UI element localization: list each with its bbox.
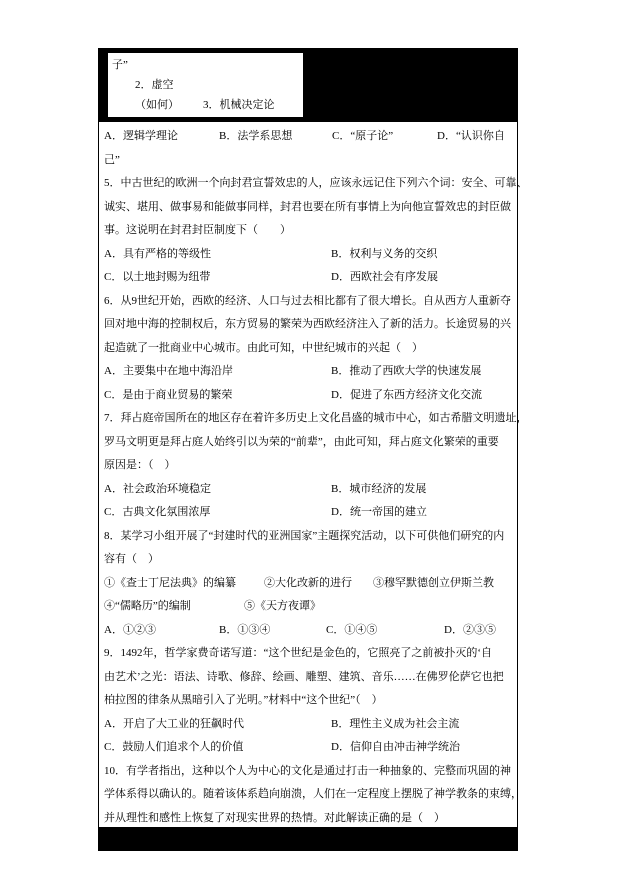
text-line: 容有（ ） [104, 548, 513, 572]
text-line: 事。这说明在封君封臣制度下（ ） [104, 219, 513, 243]
text-cell: 容有（ ） [104, 548, 159, 572]
text-cell: 起造就了一批商业中心城市。由此可知，中世纪城市的兴起（ ） [104, 337, 423, 361]
text-cell: ④“儒略历”的编制 [104, 595, 191, 619]
text-cell: C．以土地封赐为纽带 [104, 266, 210, 290]
note-line: 2．虚空 [108, 75, 303, 95]
text-cell: D．②③⑤ [444, 619, 496, 643]
text-line: 柏拉图的律条从黑暗引入了光明。”材料中“这个世纪”（ ） [104, 689, 513, 713]
options-row: A．具有严格的等级性B．权利与义务的交织 [104, 243, 513, 267]
options-row: C．以土地封赐为纽带D．西欧社会有序发展 [104, 266, 513, 290]
text-line: 10．有学者指出，这种以个人为中心的文化是通过打击一种抽象的、完整而巩固的神 [104, 760, 513, 784]
redacted-header-block: 子” 2．虚空 （如何） 3．机械决定论 [98, 48, 518, 122]
redacted-footer-block [98, 827, 518, 851]
options-row: A．逻辑学理论B．法学系思想C．“原子论”D．“认识你自 [104, 125, 513, 149]
text-cell: D．统一帝国的建立 [331, 501, 427, 525]
text-line: 回对地中海的控制权后，东方贸易的繁荣为西欧经济注入了新的活力。长途贸易的兴 [104, 313, 513, 337]
text-cell: ⑤《天方夜谭》 [244, 595, 321, 619]
text-cell: B．理性主义成为社会主流 [331, 713, 459, 737]
options-row: ④“儒略历”的编制⑤《天方夜谭》 [104, 595, 513, 619]
text-line: 罗马文明更是拜占庭人始终引以为荣的“前辈”，由此可知，拜占庭文化繁荣的重要 [104, 431, 513, 455]
options-row: A．开启了大工业的狂飙时代B．理性主义成为社会主流 [104, 713, 513, 737]
text-cell: B．城市经济的发展 [331, 478, 426, 502]
text-cell: 10．有学者指出，这种以个人为中心的文化是通过打击一种抽象的、完整而巩固的神 [104, 760, 511, 784]
note-fragment: 3．机械决定论 [203, 95, 275, 115]
text-cell: C．鼓励人们追求个人的价值 [104, 736, 243, 760]
text-line: 起造就了一批商业中心城市。由此可知，中世纪城市的兴起（ ） [104, 337, 513, 361]
text-line: 己” [104, 149, 513, 173]
options-row: ①《查士丁尼法典》的编纂②大化改新的进行③穆罕默德创立伊斯兰教 [104, 572, 513, 596]
note-line: （如何） 3．机械决定论 [108, 95, 303, 115]
text-cell: 6．从9世纪开始，西欧的经济、人口与过去相比都有了很大增长。自从西方人重新夺 [104, 290, 511, 314]
text-cell: 回对地中海的控制权后，东方贸易的繁荣为西欧经济注入了新的活力。长途贸易的兴 [104, 313, 511, 337]
text-cell: B．权利与义务的交织 [331, 243, 437, 267]
text-cell: D．促进了东西方经济文化交流 [331, 384, 482, 408]
options-row: C．是由于商业贸易的繁荣D．促进了东西方经济文化交流 [104, 384, 513, 408]
text-cell: 己” [104, 149, 120, 173]
text-cell: A．具有严格的等级性 [104, 243, 211, 267]
options-row: C．鼓励人们追求个人的价值D．信仰自由冲击神学统治 [104, 736, 513, 760]
text-line: 8．某学习小组开展了“封建时代的亚洲国家”主题探究活动，以下可供他们研究的内 [104, 525, 513, 549]
options-row: A．社会政治环境稳定B．城市经济的发展 [104, 478, 513, 502]
text-cell: 7．拜占庭帝国所在的地区存在着许多历史上文化昌盛的城市中心，如古希腊文明遗址， [104, 407, 528, 431]
text-cell: 学体系得以确认的。随着该体系趋向崩溃，人们在一定程度上摆脱了神学教条的束缚， [104, 783, 522, 807]
text-cell: 柏拉图的律条从黑暗引入了光明。”材料中“这个世纪”（ ） [104, 689, 383, 713]
note-fragment: （如何） [135, 95, 179, 115]
text-cell: A．逻辑学理论 [104, 125, 178, 149]
text-cell: D．“认识你自 [437, 125, 505, 149]
text-cell: 由艺术’之光：语法、诗歌、修辞、绘画、雕塑、建筑、音乐……在佛罗伦萨它也把 [104, 666, 504, 690]
text-line: 7．拜占庭帝国所在的地区存在着许多历史上文化昌盛的城市中心，如古希腊文明遗址， [104, 407, 513, 431]
text-line: 学体系得以确认的。随着该体系趋向崩溃，人们在一定程度上摆脱了神学教条的束缚， [104, 783, 513, 807]
text-cell: C．是由于商业贸易的繁荣 [104, 384, 232, 408]
text-line: 6．从9世纪开始，西欧的经济、人口与过去相比都有了很大增长。自从西方人重新夺 [104, 290, 513, 314]
question-text-area: A．逻辑学理论B．法学系思想C．“原子论”D．“认识你自己”5．中古世纪的欧洲一… [98, 122, 518, 827]
options-row: A．①②③B．①③④C．①④⑤D．②③⑤ [104, 619, 513, 643]
text-cell: A．社会政治环境稳定 [104, 478, 211, 502]
text-cell: D．西欧社会有序发展 [331, 266, 438, 290]
text-cell: 罗马文明更是拜占庭人始终引以为荣的“前辈”，由此可知，拜占庭文化繁荣的重要 [104, 431, 499, 455]
text-cell: D．信仰自由冲击神学统治 [331, 736, 460, 760]
text-cell: C．“原子论” [332, 125, 393, 149]
answer-notes-box: 子” 2．虚空 （如何） 3．机械决定论 [108, 53, 303, 117]
text-cell: A．①②③ [104, 619, 156, 643]
options-row: C．古典文化氛围浓厚D．统一帝国的建立 [104, 501, 513, 525]
text-line: 9．1492年，哲学家费奇诺写道：“这个世纪是金色的，它照亮了之前被扑灭的‘自 [104, 642, 513, 666]
text-cell: B．推动了西欧大学的快速发展 [331, 360, 481, 384]
text-cell: 原因是：（ ） [104, 454, 176, 478]
text-cell: A．主要集中在地中海沿岸 [104, 360, 233, 384]
text-line: 原因是：（ ） [104, 454, 513, 478]
text-cell: ③穆罕默德创立伊斯兰教 [373, 572, 494, 596]
document-page: 子” 2．虚空 （如何） 3．机械决定论 A．逻辑学理论B．法学系思想C．“原子… [0, 0, 620, 877]
text-line: 由艺术’之光：语法、诗歌、修辞、绘画、雕塑、建筑、音乐……在佛罗伦萨它也把 [104, 666, 513, 690]
text-cell: 9．1492年，哲学家费奇诺写道：“这个世纪是金色的，它照亮了之前被扑灭的‘自 [104, 642, 492, 666]
text-cell: B．①③④ [219, 619, 270, 643]
text-cell: ②大化改新的进行 [264, 572, 352, 596]
text-line: 5．中古世纪的欧洲一个向封君宣誓效忠的人，应该永远记住下列六个词：安全、可靠、 [104, 172, 513, 196]
text-cell: ①《查士丁尼法典》的编纂 [104, 572, 236, 596]
text-cell: 8．某学习小组开展了“封建时代的亚洲国家”主题探究活动，以下可供他们研究的内 [104, 525, 504, 549]
text-cell: C．古典文化氛围浓厚 [104, 501, 210, 525]
text-cell: B．法学系思想 [219, 125, 292, 149]
options-row: A．主要集中在地中海沿岸B．推动了西欧大学的快速发展 [104, 360, 513, 384]
text-cell: 诚实、堪用、做事易和能做事同样，封君也要在所有事情上为向他宣誓效忠的封臣做 [104, 196, 511, 220]
text-cell: C．①④⑤ [326, 619, 377, 643]
text-cell: A．开启了大工业的狂飙时代 [104, 713, 244, 737]
text-line: 诚实、堪用、做事易和能做事同样，封君也要在所有事情上为向他宣誓效忠的封臣做 [104, 196, 513, 220]
text-cell: 5．中古世纪的欧洲一个向封君宣誓效忠的人，应该永远记住下列六个词：安全、可靠、 [104, 172, 528, 196]
text-cell: 事。这说明在封君封臣制度下（ ） [104, 219, 291, 243]
note-line: 子” [108, 55, 303, 75]
